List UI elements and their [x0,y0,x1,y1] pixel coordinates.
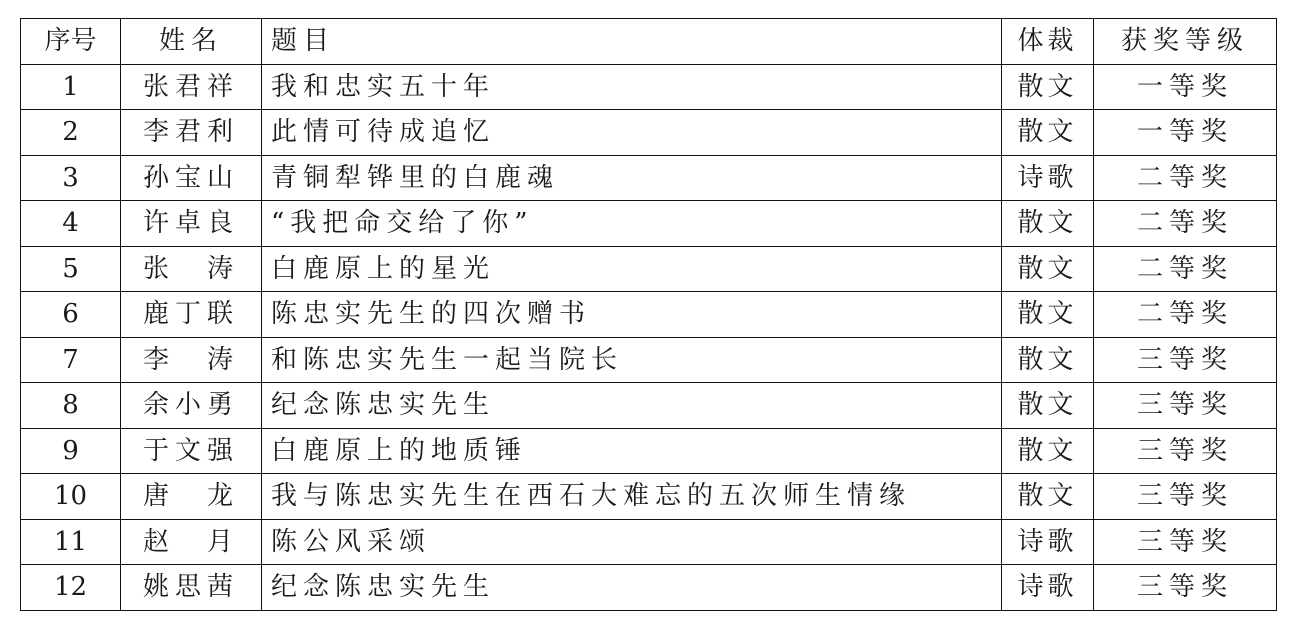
table-row: 2 李君利 此情可待成追忆 散文 一等奖 [21,110,1277,156]
cell-prize: 一等奖 [1094,110,1277,156]
cell-genre: 散文 [1002,64,1094,110]
cell-prize: 三等奖 [1094,565,1277,611]
header-genre: 体裁 [1002,19,1094,65]
cell-name: 许卓良 [121,201,262,247]
cell-name: 李 涛 [121,337,262,383]
cell-index: 6 [21,292,121,338]
cell-name: 李君利 [121,110,262,156]
cell-genre: 散文 [1002,337,1094,383]
cell-index: 4 [21,201,121,247]
table-row: 8 余小勇 纪念陈忠实先生 散文 三等奖 [21,383,1277,429]
cell-genre: 诗歌 [1002,519,1094,565]
cell-prize: 一等奖 [1094,64,1277,110]
header-index: 序号 [21,19,121,65]
cell-prize: 二等奖 [1094,292,1277,338]
cell-name: 赵 月 [121,519,262,565]
cell-name: 张 涛 [121,246,262,292]
cell-genre: 诗歌 [1002,155,1094,201]
cell-title: 白鹿原上的地质锤 [262,428,1002,474]
table-row: 1 张君祥 我和忠实五十年 散文 一等奖 [21,64,1277,110]
cell-prize: 三等奖 [1094,519,1277,565]
table-row: 11 赵 月 陈公风采颂 诗歌 三等奖 [21,519,1277,565]
cell-index: 3 [21,155,121,201]
cell-prize: 三等奖 [1094,474,1277,520]
cell-name: 鹿丁联 [121,292,262,338]
table-row: 7 李 涛 和陈忠实先生一起当院长 散文 三等奖 [21,337,1277,383]
table-row: 9 于文强 白鹿原上的地质锤 散文 三等奖 [21,428,1277,474]
cell-title: 此情可待成追忆 [262,110,1002,156]
cell-index: 5 [21,246,121,292]
cell-genre: 散文 [1002,201,1094,247]
cell-genre: 散文 [1002,383,1094,429]
cell-title: 纪念陈忠实先生 [262,565,1002,611]
table-row: 4 许卓良 “我把命交给了你” 散文 二等奖 [21,201,1277,247]
table-row: 10 唐 龙 我与陈忠实先生在西石大难忘的五次师生情缘 散文 三等奖 [21,474,1277,520]
cell-genre: 散文 [1002,246,1094,292]
cell-index: 12 [21,565,121,611]
cell-index: 8 [21,383,121,429]
cell-title: 和陈忠实先生一起当院长 [262,337,1002,383]
table-row: 12 姚思茜 纪念陈忠实先生 诗歌 三等奖 [21,565,1277,611]
cell-genre: 散文 [1002,292,1094,338]
cell-title: 我和忠实五十年 [262,64,1002,110]
cell-name: 余小勇 [121,383,262,429]
cell-prize: 三等奖 [1094,337,1277,383]
cell-name: 唐 龙 [121,474,262,520]
cell-index: 7 [21,337,121,383]
cell-title: 我与陈忠实先生在西石大难忘的五次师生情缘 [262,474,1002,520]
cell-prize: 二等奖 [1094,201,1277,247]
cell-title: 白鹿原上的星光 [262,246,1002,292]
table-row: 6 鹿丁联 陈忠实先生的四次赠书 散文 二等奖 [21,292,1277,338]
cell-name: 姚思茜 [121,565,262,611]
cell-name: 孙宝山 [121,155,262,201]
cell-title: 陈公风采颂 [262,519,1002,565]
cell-title: 纪念陈忠实先生 [262,383,1002,429]
header-name: 姓名 [121,19,262,65]
table-row: 3 孙宝山 青铜犁铧里的白鹿魂 诗歌 二等奖 [21,155,1277,201]
cell-index: 11 [21,519,121,565]
cell-title: 青铜犁铧里的白鹿魂 [262,155,1002,201]
header-row: 序号 姓名 题目 体裁 获奖等级 [21,19,1277,65]
awards-table: 序号 姓名 题目 体裁 获奖等级 1 张君祥 我和忠实五十年 散文 一等奖 2 … [20,18,1277,611]
cell-genre: 诗歌 [1002,565,1094,611]
cell-genre: 散文 [1002,110,1094,156]
table-row: 5 张 涛 白鹿原上的星光 散文 二等奖 [21,246,1277,292]
cell-prize: 二等奖 [1094,246,1277,292]
cell-title: “我把命交给了你” [262,201,1002,247]
cell-prize: 三等奖 [1094,428,1277,474]
cell-index: 10 [21,474,121,520]
cell-name: 张君祥 [121,64,262,110]
cell-prize: 二等奖 [1094,155,1277,201]
cell-prize: 三等奖 [1094,383,1277,429]
header-prize: 获奖等级 [1094,19,1277,65]
cell-genre: 散文 [1002,428,1094,474]
cell-title: 陈忠实先生的四次赠书 [262,292,1002,338]
cell-index: 2 [21,110,121,156]
header-title: 题目 [262,19,1002,65]
cell-index: 9 [21,428,121,474]
cell-genre: 散文 [1002,474,1094,520]
cell-index: 1 [21,64,121,110]
cell-name: 于文强 [121,428,262,474]
